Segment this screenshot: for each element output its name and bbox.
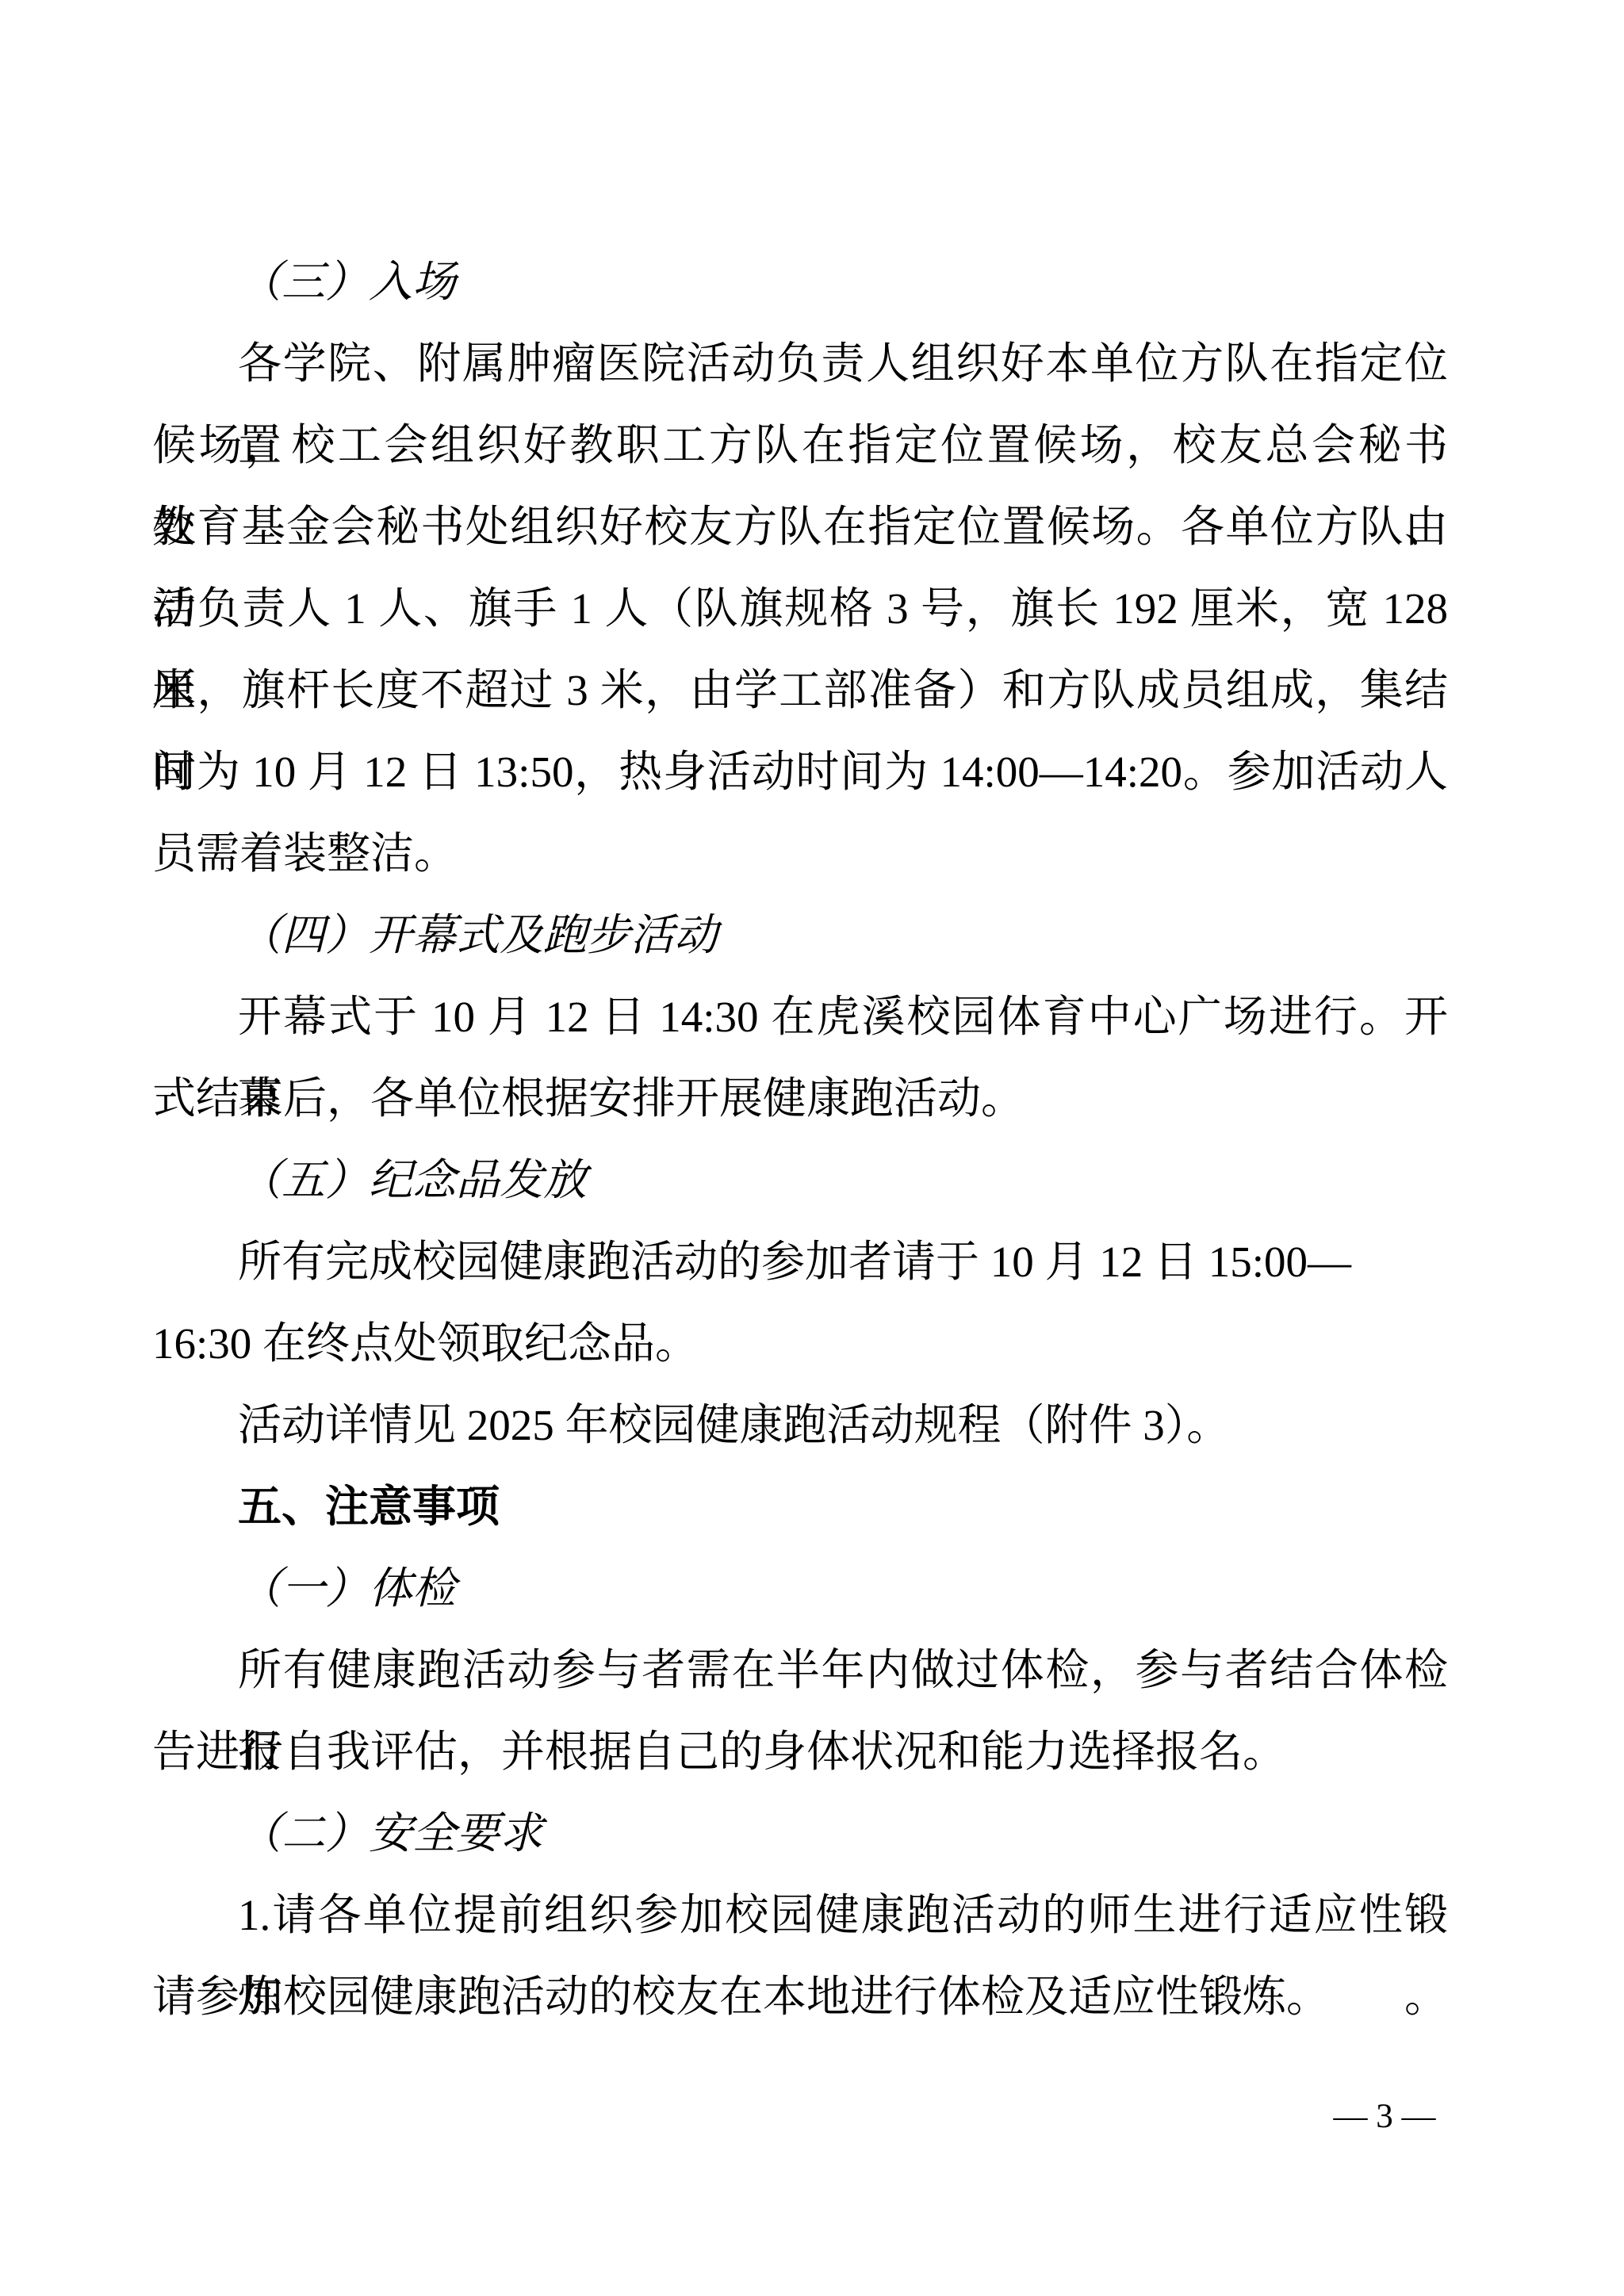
section-heading: （一）体检 <box>152 1548 1448 1629</box>
body-text-line: 活动详情见 2025 年校园健康跑活动规程（附件 3）。 <box>152 1384 1448 1466</box>
section-heading: （三）入场 <box>152 241 1448 323</box>
body-text-line: 间为 10 月 12 日 13:50，热身活动时间为 14:00—14:20。参… <box>152 731 1448 813</box>
body-text-line: 所有健康跑活动参与者需在半年内做过体检，参与者结合体检报 <box>152 1629 1448 1711</box>
body-text-line: 各学院、附属肿瘤医院活动负责人组织好本单位方队在指定位置 <box>152 323 1448 404</box>
section-heading: （二）安全要求 <box>152 1793 1448 1874</box>
section-heading: （四）开幕式及跑步活动 <box>152 894 1448 976</box>
document-page: （三）入场各学院、附属肿瘤医院活动负责人组织好本单位方队在指定位置候场，校工会组… <box>0 0 1624 2296</box>
body-text-line: 告进行自我评估，并根据自己的身体状况和能力选择报名。 <box>152 1711 1448 1793</box>
body-text-line: 所有完成校园健康跑活动的参加者请于 10 月 12 日 15:00— <box>152 1221 1448 1303</box>
body-text-line: 候场，校工会组织好教职工方队在指定位置候场，校友总会秘书处、 <box>152 404 1448 486</box>
body-text-line: 员需着装整洁。 <box>152 813 1448 894</box>
page-number: — 3 — <box>1300 2095 1469 2139</box>
body-text-line: 16:30 在终点处领取纪念品。 <box>152 1303 1448 1384</box>
document-body: （三）入场各学院、附属肿瘤医院活动负责人组织好本单位方队在指定位置候场，校工会组… <box>152 241 1448 2038</box>
section-heading: （五）纪念品发放 <box>152 1139 1448 1221</box>
body-text-line: 1.请各单位提前组织参加校园健康跑活动的师生进行适应性锻炼。 <box>152 1874 1448 1956</box>
body-text-line: 开幕式于 10 月 12 日 14:30 在虎溪校园体育中心广场进行。开幕 <box>152 976 1448 1058</box>
body-text-line: 动负责人 1 人、旗手 1 人（队旗规格 3 号，旗长 192 厘米，宽 128… <box>152 568 1448 649</box>
body-text-line: 米，旗杆长度不超过 3 米，由学工部准备）和方队成员组成，集结时 <box>152 649 1448 731</box>
body-text-line: 式结束后，各单位根据安排开展健康跑活动。 <box>152 1058 1448 1139</box>
body-text-line: 请参加校园健康跑活动的校友在本地进行体检及适应性锻炼。 <box>152 1956 1448 2038</box>
chapter-heading: 五、注意事项 <box>152 1466 1448 1548</box>
body-text-line: 教育基金会秘书处组织好校友方队在指定位置候场。各单位方队由活 <box>152 486 1448 568</box>
